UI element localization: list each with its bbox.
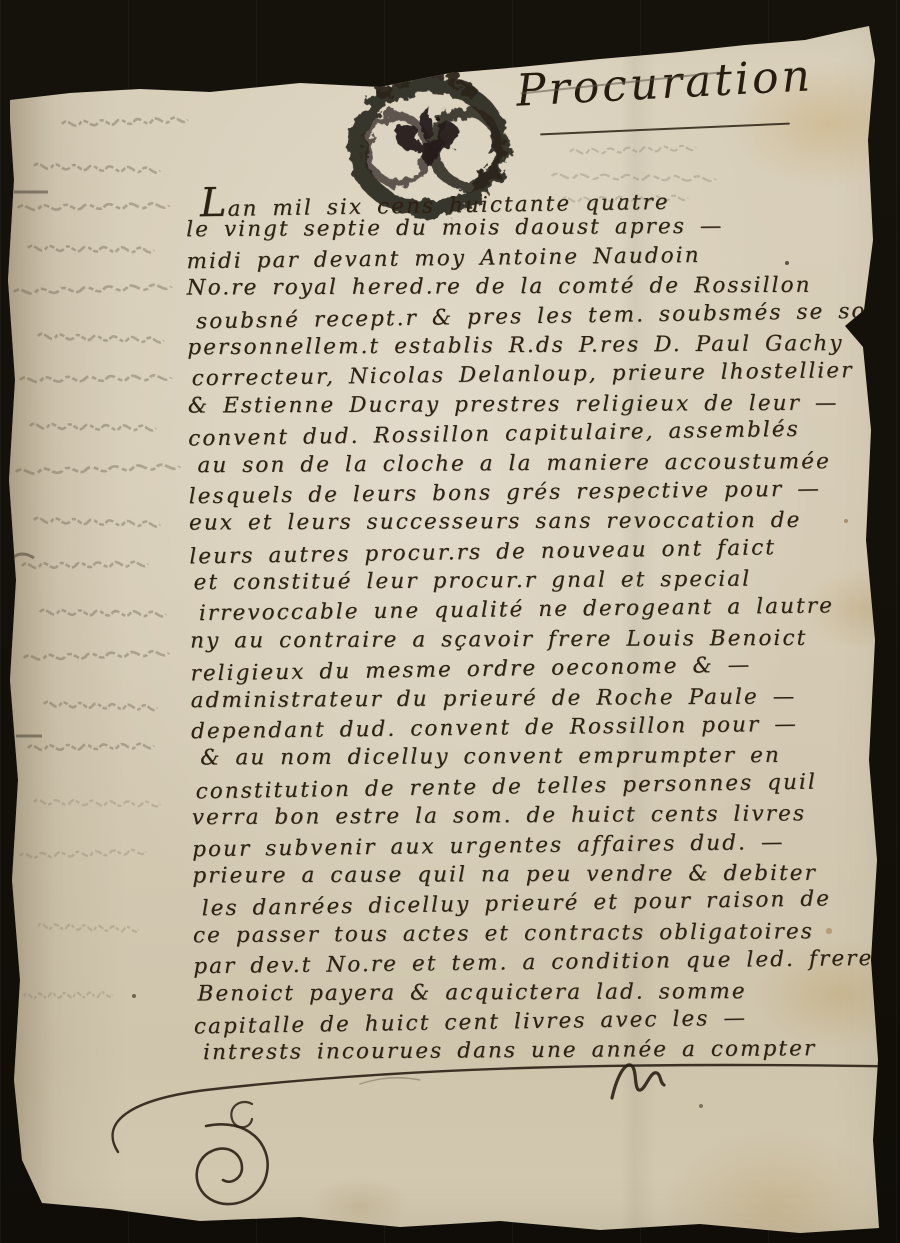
- manuscript-body: Lan mil six cens huictante quatrele ving…: [186, 181, 886, 1069]
- closing-flourish: [60, 1040, 890, 1240]
- ink-specks: [0, 0, 2, 2]
- document-title: Procuration: [515, 50, 814, 116]
- manuscript-page: Procuration Lan mil six cens huictante q…: [0, 0, 900, 1243]
- verso-bleedthrough: [4, 96, 204, 1076]
- spiral-paraph: [197, 1124, 268, 1204]
- small-loop: [231, 1102, 252, 1127]
- title-underline: [540, 123, 790, 136]
- faint-trace: [360, 1078, 420, 1084]
- m-mark: [612, 1065, 664, 1098]
- photo-background: Procuration Lan mil six cens huictante q…: [0, 0, 900, 1243]
- long-rule-stroke: [113, 1065, 890, 1152]
